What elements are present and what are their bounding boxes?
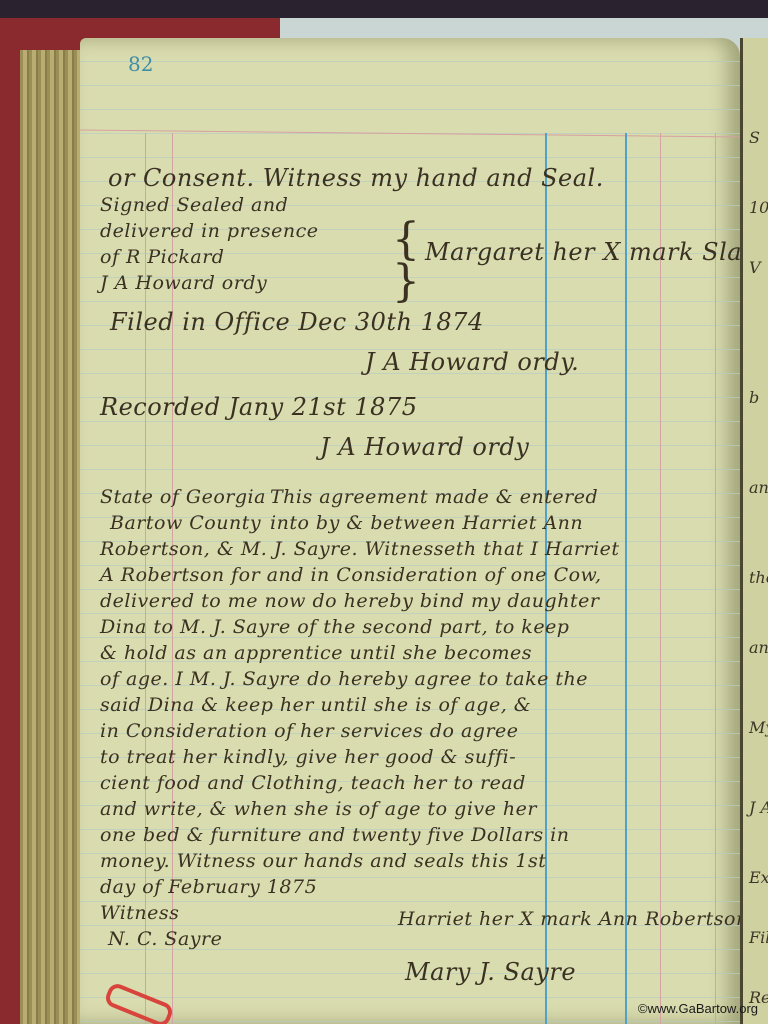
page-number: 82 bbox=[128, 52, 153, 76]
body-line: day of February 1875 bbox=[100, 876, 317, 898]
filed-by: J A Howard ordy. bbox=[365, 348, 579, 376]
heading-state: State of Georgia bbox=[100, 486, 266, 508]
column-rule-red bbox=[715, 133, 716, 1024]
heading-county: Bartow County bbox=[110, 512, 261, 534]
prev-line: J A Howard ordy bbox=[100, 272, 267, 294]
body-line: delivered to me now do hereby bind my da… bbox=[100, 590, 599, 612]
prev-signature: Margaret her X mark Slaughter bbox=[425, 238, 740, 266]
facing-fragment: My h bbox=[749, 718, 768, 737]
facing-fragment: Execu bbox=[749, 868, 768, 887]
body-line: money. Witness our hands and seals this … bbox=[100, 850, 546, 872]
facing-fragment: and bbox=[749, 638, 768, 657]
prev-line: delivered in presence bbox=[100, 220, 319, 242]
facing-fragment: J A H bbox=[749, 798, 768, 817]
body-line: and write, & when she is of age to give … bbox=[100, 798, 537, 820]
recorded-by: J A Howard ordy bbox=[320, 433, 529, 461]
body-line: This agreement made & entered bbox=[270, 486, 598, 508]
ledger-page: 82 or Consent. Witness my hand and Seal.… bbox=[80, 38, 740, 1024]
signature-mary: Mary J. Sayre bbox=[405, 958, 576, 986]
brace: } bbox=[392, 260, 420, 304]
watermark: ©www.GaBartow.org bbox=[638, 1001, 758, 1016]
prev-line: or Consent. Witness my hand and Seal. bbox=[108, 164, 604, 192]
column-rule-red bbox=[660, 133, 661, 1024]
column-rule-blue bbox=[625, 133, 627, 1024]
body-line: cient food and Clothing, teach her to re… bbox=[100, 772, 526, 794]
facing-fragment: Filed i bbox=[749, 928, 768, 947]
prev-line: of R Pickard bbox=[100, 246, 224, 268]
witness-label: Witness bbox=[100, 902, 179, 924]
body-line: A Robertson for and in Consideration of … bbox=[100, 564, 602, 586]
body-line: & hold as an apprentice until she become… bbox=[100, 642, 532, 664]
body-line: Robertson, & M. J. Sayre. Witnesseth tha… bbox=[100, 538, 620, 560]
body-line: into by & between Harriet Ann bbox=[270, 512, 583, 534]
witness-name: N. C. Sayre bbox=[108, 928, 222, 950]
recorded-line: Recorded Jany 21st 1875 bbox=[100, 393, 417, 421]
body-line: Dina to M. J. Sayre of the second part, … bbox=[100, 616, 569, 638]
body-line: in Consideration of her services do agre… bbox=[100, 720, 519, 742]
body-line: said Dina & keep her until she is of age… bbox=[100, 694, 531, 716]
signature-harriet: Harriet her X mark Ann Robertson bbox=[398, 908, 740, 930]
body-line: of age. I M. J. Sayre do hereby agree to… bbox=[100, 668, 588, 690]
body-line: to treat her kindly, give her good & suf… bbox=[100, 746, 516, 768]
facing-fragment: and bbox=[749, 478, 768, 497]
facing-fragment: the bbox=[749, 568, 768, 587]
body-line: one bed & furniture and twenty five Doll… bbox=[100, 824, 569, 846]
facing-page: S 10 V b and the and My h J A H Execu Fi… bbox=[740, 38, 768, 1024]
facing-fragment: b bbox=[749, 388, 759, 407]
filed-line: Filed in Office Dec 30th 1874 bbox=[110, 308, 484, 336]
facing-fragment: 10 bbox=[749, 198, 768, 217]
facing-fragment: S bbox=[749, 128, 760, 147]
prev-line: Signed Sealed and bbox=[100, 194, 288, 216]
facing-fragment: V bbox=[749, 258, 761, 277]
